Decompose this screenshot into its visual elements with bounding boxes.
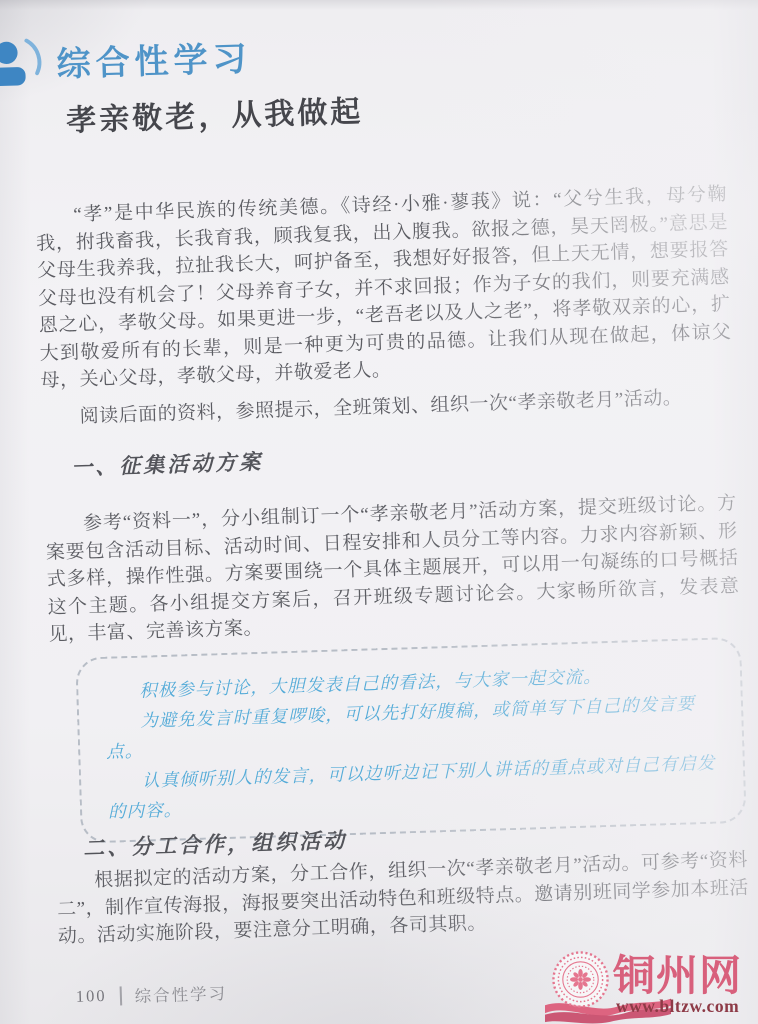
student-person-icon bbox=[0, 30, 45, 94]
scan-content: 综合性学习 孝亲敬老，从我做起 “孝”是中华民族的传统美德。《诗经·小雅·蓼莪》… bbox=[0, 0, 758, 1024]
section2-body: 根据拟定的活动方案，分工合作，组织一次“孝亲敬老月”活动。可参考“资料二”，制作… bbox=[56, 847, 750, 951]
watermark-site-name: 铜州网 bbox=[613, 943, 742, 1003]
footer-divider bbox=[119, 986, 122, 1005]
intro-paragraph-1: “孝”是中华民族的传统美德。《诗经·小雅·蓼莪》说：“父兮生我，母兮鞠我，拊我畜… bbox=[35, 181, 733, 395]
page-number: 100 bbox=[76, 986, 107, 1007]
section-label: 综合性学习 bbox=[56, 30, 252, 85]
page-title: 孝亲敬老，从我做起 bbox=[66, 86, 364, 139]
site-watermark: 铜州网 www.bltzw.com bbox=[551, 948, 755, 1022]
discussion-tips-box: 积极参与讨论，大胆发表自己的看法，与大家一起交流。 为避免发言时重复啰唆，可以先… bbox=[75, 637, 747, 844]
section1-heading: 一、征集活动方案 bbox=[71, 446, 264, 482]
section-header: 综合性学习 bbox=[0, 24, 252, 94]
section1-body: 参考“资料一”，分小组制订一个“孝亲敬老月”活动方案，提交班级讨论。方案要包含活… bbox=[45, 490, 741, 649]
footer-section-name: 综合性学习 bbox=[134, 980, 227, 1007]
watermark-site-url: www.bltzw.com bbox=[616, 996, 739, 1017]
ornamental-seal-icon bbox=[551, 950, 610, 1009]
page-footer: 100 综合性学习 bbox=[76, 980, 228, 1009]
scanned-textbook-page: 综合性学习 孝亲敬老，从我做起 “孝”是中华民族的传统美德。《诗经·小雅·蓼莪》… bbox=[0, 0, 758, 1024]
